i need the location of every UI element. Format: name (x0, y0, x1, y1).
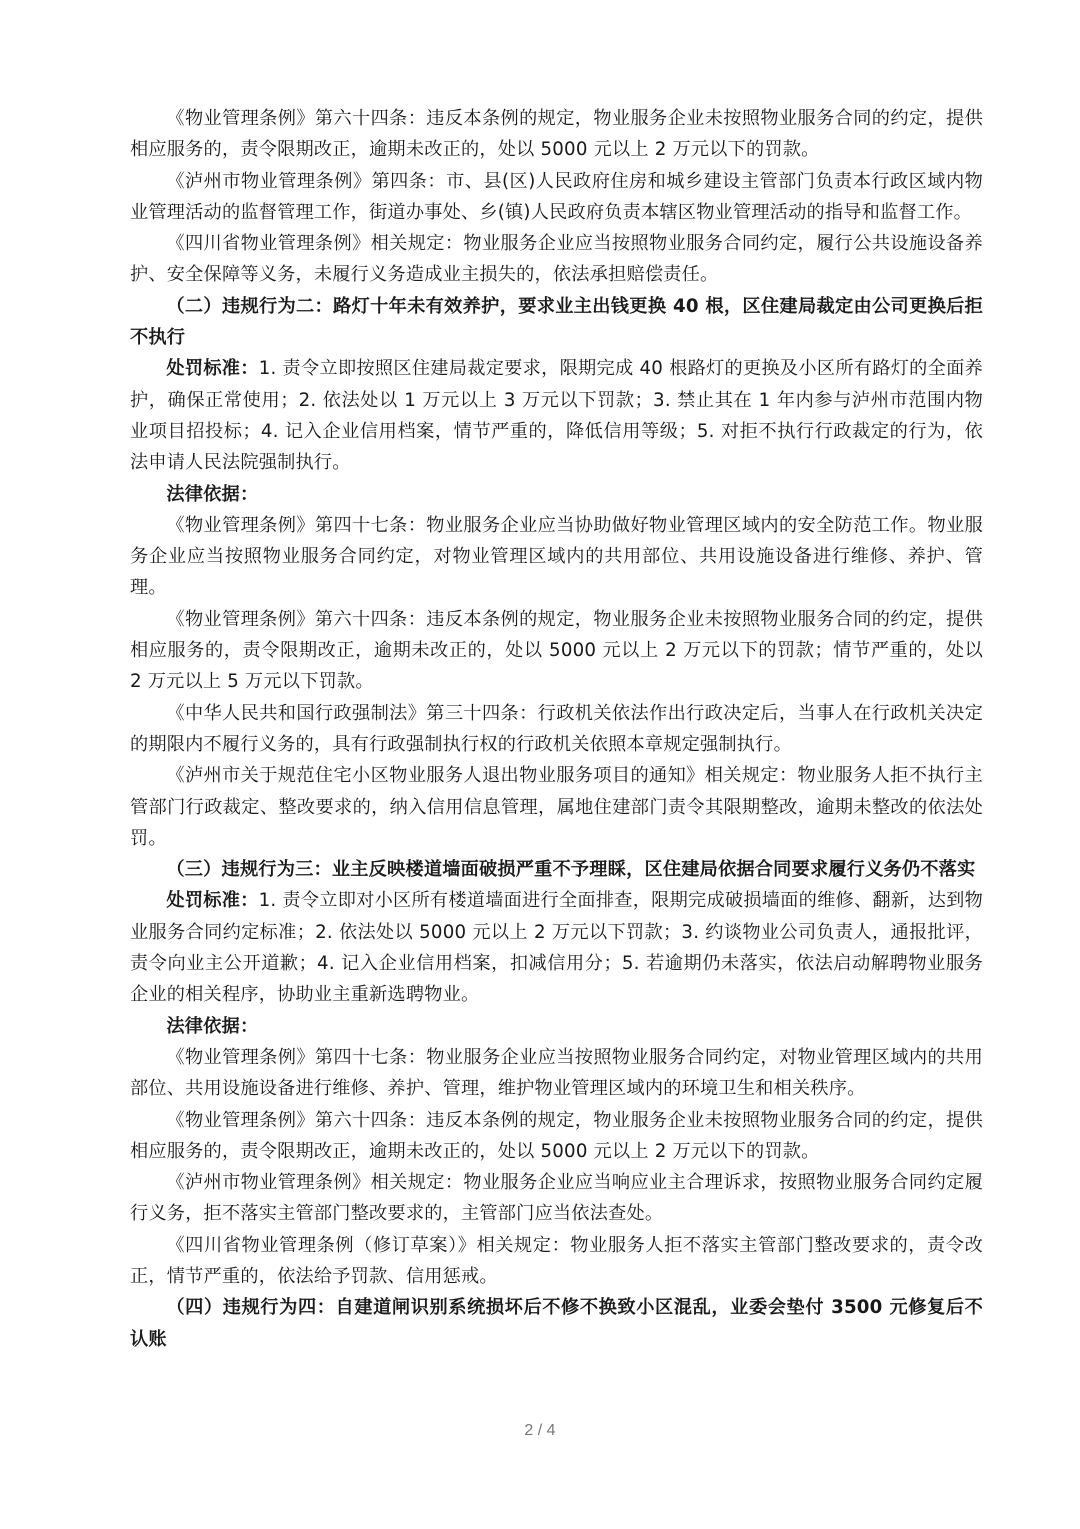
section-heading-violation-2: （二）违规行为二：路灯十年未有效养护，要求业主出钱更换 40 根，区住建局裁定由… (130, 291, 983, 354)
penalty-standard-label: 处罚标准： (166, 890, 258, 911)
document-page: 《物业管理条例》第六十四条：违反本条例的规定，物业服务企业未按照物业服务合同的约… (130, 103, 983, 1355)
legal-basis-heading: 法律依据： (130, 1011, 983, 1042)
page-number: 2 / 4 (0, 1422, 1080, 1440)
penalty-standard-text: 1. 责令立即按照区住建局裁定要求，限期完成 40 根路灯的更换及小区所有路灯的… (130, 358, 983, 473)
penalty-standard-text: 1. 责令立即对小区所有楼道墙面进行全面排查，限期完成破损墙面的维修、翻新，达到… (130, 890, 983, 1005)
legal-basis-heading: 法律依据： (130, 479, 983, 510)
law-citation-paragraph: 《中华人民共和国行政强制法》第三十四条：行政机关依法作出行政决定后，当事人在行政… (130, 698, 983, 761)
law-citation-paragraph: 《物业管理条例》第六十四条：违反本条例的规定，物业服务企业未按照物业服务合同的约… (130, 1105, 983, 1168)
law-citation-paragraph: 《物业管理条例》第四十七条：物业服务企业应当协助做好物业管理区域内的安全防范工作… (130, 510, 983, 604)
law-citation-paragraph: 《泸州市物业管理条例》第四条：市、县(区)人民政府住房和城乡建设主管部门负责本行… (130, 166, 983, 229)
law-citation-paragraph: 《泸州市关于规范住宅小区物业服务人退出物业服务项目的通知》相关规定：物业服务人拒… (130, 760, 983, 854)
law-citation-paragraph: 《四川省物业管理条例（修订草案）》相关规定：物业服务人拒不落实主管部门整改要求的… (130, 1230, 983, 1293)
law-citation-paragraph: 《物业管理条例》第六十四条：违反本条例的规定，物业服务企业未按照物业服务合同的约… (130, 103, 983, 166)
penalty-standard-label: 处罚标准： (166, 358, 258, 379)
legal-basis-label: 法律依据： (166, 1016, 258, 1037)
law-citation-paragraph: 《四川省物业管理条例》相关规定：物业服务企业应当按照物业服务合同约定，履行公共设… (130, 228, 983, 291)
penalty-standard-paragraph: 处罚标准：1. 责令立即按照区住建局裁定要求，限期完成 40 根路灯的更换及小区… (130, 353, 983, 478)
law-citation-paragraph: 《泸州市物业管理条例》相关规定：物业服务企业应当响应业主合理诉求，按照物业服务合… (130, 1167, 983, 1230)
section-heading-violation-4: （四）违规行为四：自建道闸识别系统损坏后不修不换致小区混乱，业委会垫付 3500… (130, 1292, 983, 1355)
penalty-standard-paragraph: 处罚标准：1. 责令立即对小区所有楼道墙面进行全面排查，限期完成破损墙面的维修、… (130, 885, 983, 1010)
law-citation-paragraph: 《物业管理条例》第六十四条：违反本条例的规定，物业服务企业未按照物业服务合同的约… (130, 604, 983, 698)
law-citation-paragraph: 《物业管理条例》第四十七条：物业服务企业应当按照物业服务合同约定，对物业管理区域… (130, 1042, 983, 1105)
section-heading-violation-3: （三）违规行为三：业主反映楼道墙面破损严重不予理睬，区住建局依据合同要求履行义务… (130, 854, 983, 885)
legal-basis-label: 法律依据： (166, 484, 258, 505)
